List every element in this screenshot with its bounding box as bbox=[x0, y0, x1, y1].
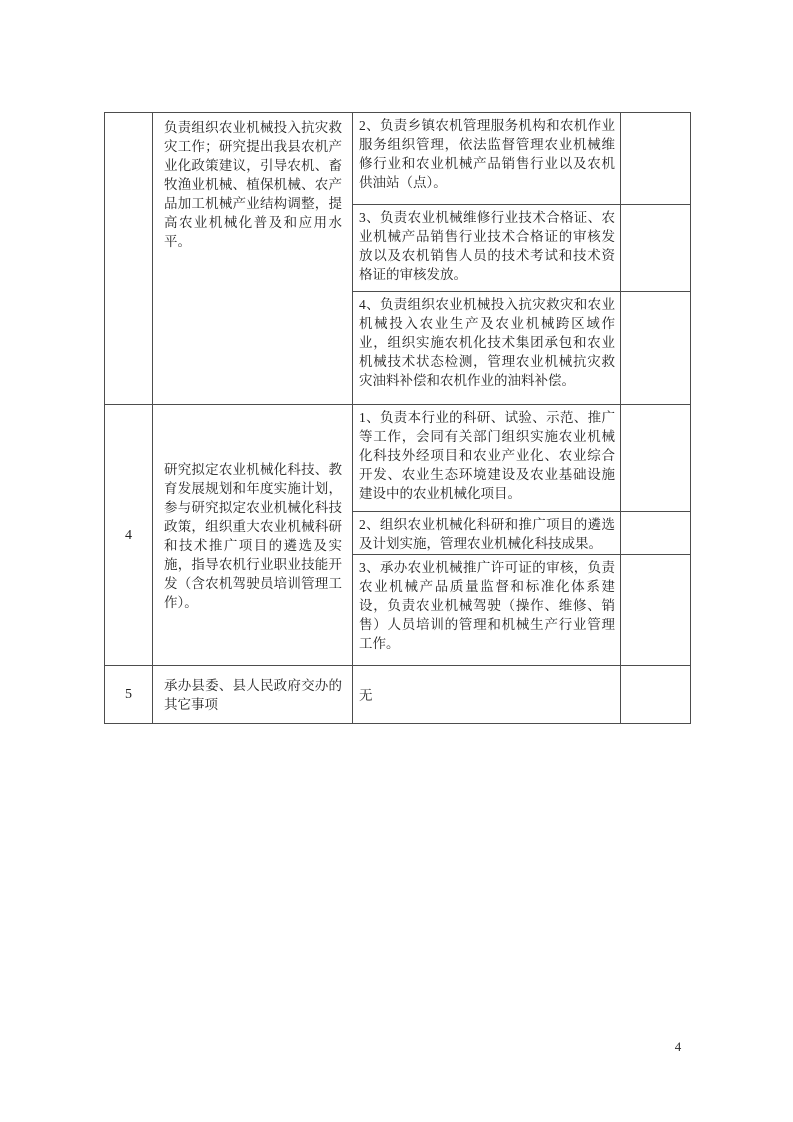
duty-cell-row5: 承办县委、县人民政府交办的其它事项 bbox=[153, 666, 353, 724]
remark-cell bbox=[621, 292, 691, 405]
item-cell: 2、组织农业机械化科研和推广项目的遴选及计划实施，管理农业机械化科技成果。 bbox=[353, 512, 621, 555]
remark-cell bbox=[621, 205, 691, 292]
duty-cell-rowgroup1: 负责组织农业机械投入抗灾救灾工作；研究提出我县农机产业化政策建议，引导农机、畜牧… bbox=[153, 113, 353, 405]
item-cell: 4、负责组织农业机械投入抗灾救灾和农业机械投入农业生产及农业机械跨区域作业，组织… bbox=[353, 292, 621, 405]
duties-table: 负责组织农业机械投入抗灾救灾工作；研究提出我县农机产业化政策建议，引导农机、畜牧… bbox=[104, 112, 691, 724]
duty-cell-row4: 研究拟定农业机械化科技、教育发展规划和年度实施计划，参与研究拟定农业机械化科技政… bbox=[153, 405, 353, 666]
remark-cell bbox=[621, 666, 691, 724]
remark-cell bbox=[621, 405, 691, 512]
item-cell: 3、承办农业机械推广许可证的审核，负责农业机械产品质量监督和标准化体系建设，负责… bbox=[353, 555, 621, 666]
remark-cell bbox=[621, 512, 691, 555]
remark-cell bbox=[621, 113, 691, 205]
item-cell: 3、负责农业机械维修行业技术合格证、农业机械产品销售行业技术合格证的审核发放以及… bbox=[353, 205, 621, 292]
item-cell: 1、负责本行业的科研、试验、示范、推广等工作，会同有关部门组织实施农业机械化科技… bbox=[353, 405, 621, 512]
seq-cell-row4: 4 bbox=[105, 405, 153, 666]
seq-cell-rowgroup1 bbox=[105, 113, 153, 405]
remark-cell bbox=[621, 555, 691, 666]
item-cell: 2、负责乡镇农机管理服务机构和农机作业服务组织管理，依法监督管理农业机械维修行业… bbox=[353, 113, 621, 205]
seq-cell-row5: 5 bbox=[105, 666, 153, 724]
item-cell: 无 bbox=[353, 666, 621, 724]
page-number: 4 bbox=[664, 1039, 692, 1055]
